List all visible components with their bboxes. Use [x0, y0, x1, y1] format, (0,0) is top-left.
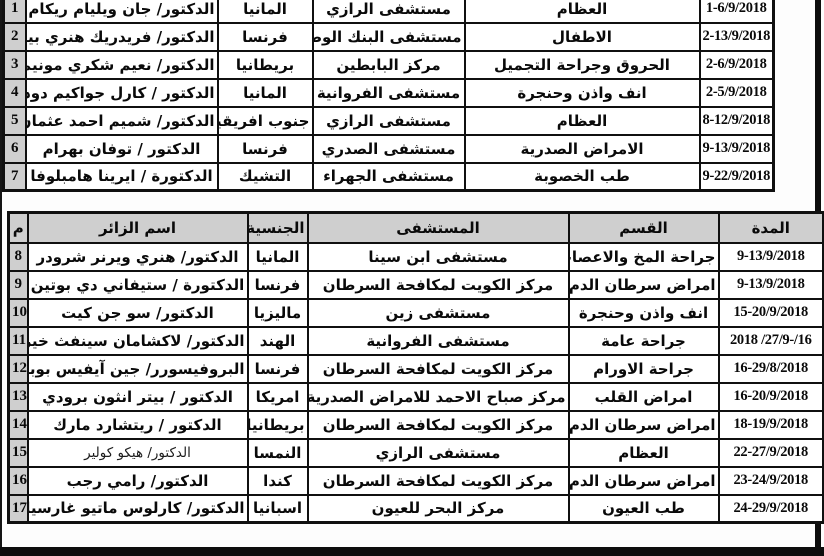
num-cell: 16	[9, 467, 28, 495]
nationality-cell: فرنسا	[248, 271, 308, 299]
period-cell: 9-13/9/2018	[719, 243, 824, 271]
period-cell: 8-12/9/2018	[700, 107, 774, 135]
header-nationality: الجنسية	[248, 213, 308, 243]
name-cell: البروفيسورر/ جين آيفيس بوبين	[28, 355, 248, 383]
lower-table-body: 8الدكتور/ هنري ويرنر شرودرالمانيامستشفى …	[9, 243, 824, 523]
department-cell: الامراض الصدرية	[465, 135, 700, 163]
nationality-cell: اسبانيا	[248, 495, 308, 523]
period-cell: 9-13/9/2018	[700, 135, 774, 163]
department-cell: طب العيون	[569, 495, 719, 523]
num-cell: 5	[4, 107, 26, 135]
nationality-cell: المانيا	[218, 79, 313, 107]
period-cell: 23-24/9/2018	[719, 467, 824, 495]
hospital-cell: مستشفى البنك الوطني	[313, 23, 465, 51]
table-row: 11الدكتور/ لاكشامان سينفث خيرياالهندمستش…	[9, 327, 824, 355]
scanned-document-page: { "colors": { "table_border": "#101010",…	[0, 0, 824, 556]
period-cell: 22-27/9/2018	[719, 439, 824, 467]
hospital-cell: مستشفى الجهراء	[313, 163, 465, 191]
table-row: 5الدكتور/ شميم احمد عثمانجنوب افريقيامست…	[4, 107, 774, 135]
department-cell: طب الخصوبة	[465, 163, 700, 191]
table-row: 14الدكتور / ريتشارد ماركبريطانيامركز الك…	[9, 411, 824, 439]
table-row: 6الدكتور / توفان بهرامفرنسامستشفى الصدري…	[4, 135, 774, 163]
table-row: 2الدكتور/ فريدريك هنري بيرناردفرنسامستشف…	[4, 23, 774, 51]
nationality-cell: ماليزيا	[248, 299, 308, 327]
name-cell: الدكتور / كارل جواكيم دودنهوفت	[26, 79, 218, 107]
nationality-cell: الهند	[248, 327, 308, 355]
period-cell: 2-6/9/2018	[700, 51, 774, 79]
department-cell: العظام	[465, 0, 700, 23]
nationality-cell: جنوب افريقيا	[218, 107, 313, 135]
table-row: 4الدكتور / كارل جواكيم دودنهوفتالمانيامس…	[4, 79, 774, 107]
header-row: م اسم الزائر الجنسية المستشفى القسم المد…	[9, 213, 824, 243]
name-cell: الدكتور/ كارلوس ماتيو غارسيا	[28, 495, 248, 523]
upper-table-container: 1الدكتور/ جان ويليام ريكامالمانيامستشفى …	[2, 0, 776, 198]
hospital-cell: مستشفى الرازي	[313, 107, 465, 135]
num-cell: 8	[9, 243, 28, 271]
header-hospital: المستشفى	[308, 213, 569, 243]
name-cell: الدكتور/ سو جن كيت	[28, 299, 248, 327]
num-cell: 14	[9, 411, 28, 439]
period-cell: 2-13/9/2018	[700, 23, 774, 51]
lower-table-container: م اسم الزائر الجنسية المستشفى القسم المد…	[7, 211, 824, 524]
nationality-cell: فرنسا	[218, 135, 313, 163]
department-cell: جراحة المخ والاعصاب	[569, 243, 719, 271]
nationality-cell: كندا	[248, 467, 308, 495]
name-cell: الدكتور/ لاكشامان سينفث خيريا	[28, 327, 248, 355]
nationality-cell: فرنسا	[248, 355, 308, 383]
department-cell: امراض سرطان الدم	[569, 467, 719, 495]
table-row: 1الدكتور/ جان ويليام ريكامالمانيامستشفى …	[4, 0, 774, 23]
num-cell: 15	[9, 439, 28, 467]
department-cell: جراحة عامة	[569, 327, 719, 355]
nationality-cell: المانيا	[218, 0, 313, 23]
hospital-cell: مستشفى زين	[308, 299, 569, 327]
period-cell: 18-19/9/2018	[719, 411, 824, 439]
table-row: 12البروفيسورر/ جين آيفيس بوبينفرنسامركز …	[9, 355, 824, 383]
name-cell: الدكتورة / ستيفاني دي بوتين	[28, 271, 248, 299]
hospital-cell: مركز صباح الاحمد للامراض الصدرية	[308, 383, 569, 411]
nationality-cell: امريكا	[248, 383, 308, 411]
num-cell: 4	[4, 79, 26, 107]
name-cell: الدكتور/ فريدريك هنري بيرنارد	[26, 23, 218, 51]
department-cell: امراض سرطان الدم	[569, 271, 719, 299]
name-cell: الدكتورة / ايرينا هامبلوفا	[26, 163, 218, 191]
name-cell: الدكتور / بيتر انثون برودي	[28, 383, 248, 411]
table-row: 8الدكتور/ هنري ويرنر شرودرالمانيامستشفى …	[9, 243, 824, 271]
num-cell: 17	[9, 495, 28, 523]
header-department: القسم	[569, 213, 719, 243]
hospital-cell: مستشفى الرازي	[313, 0, 465, 23]
name-cell: الدكتور/ هيكو كولير	[28, 439, 248, 467]
nationality-cell: بريطانيا	[218, 51, 313, 79]
period-cell: 24-29/9/2018	[719, 495, 824, 523]
header-number: م	[9, 213, 28, 243]
table-row: 17الدكتور/ كارلوس ماتيو غارسيااسبانيامرك…	[9, 495, 824, 523]
period-cell: 16-20/9/2018	[719, 383, 824, 411]
num-cell: 11	[9, 327, 28, 355]
hospital-cell: مستشفى الفروانية	[308, 327, 569, 355]
name-cell: الدكتور/ شميم احمد عثمان	[26, 107, 218, 135]
hospital-cell: مركز الكويت لمكافحة السرطان	[308, 271, 569, 299]
page-edge-bottom	[0, 547, 824, 556]
upper-table-body: 1الدكتور/ جان ويليام ريكامالمانيامستشفى …	[4, 0, 774, 191]
num-cell: 12	[9, 355, 28, 383]
hospital-cell: مستشفى الرازي	[308, 439, 569, 467]
name-cell: الدكتور/ جان ويليام ريكام	[26, 0, 218, 23]
table-row: 15الدكتور/ هيكو كوليرالنمسامستشفى الرازي…	[9, 439, 824, 467]
period-cell: 16-29/8/2018	[719, 355, 824, 383]
hospital-cell: مركز الكويت لمكافحة السرطان	[308, 467, 569, 495]
hospital-cell: مركز البابطين	[313, 51, 465, 79]
num-cell: 3	[4, 51, 26, 79]
period-cell: 15-20/9/2018	[719, 299, 824, 327]
department-cell: جراحة الاورام	[569, 355, 719, 383]
table-row: 7الدكتورة / ايرينا هامبلوفاالتشيكمستشفى …	[4, 163, 774, 191]
department-cell: انف واذن وحنجرة	[569, 299, 719, 327]
department-cell: الاطفال	[465, 23, 700, 51]
table-row: 10الدكتور/ سو جن كيتماليزيامستشفى زينانف…	[9, 299, 824, 327]
department-cell: امراض القلب	[569, 383, 719, 411]
department-cell: الحروق وجراحة التجميل	[465, 51, 700, 79]
header-period: المدة	[719, 213, 824, 243]
num-cell: 13	[9, 383, 28, 411]
name-cell: الدكتور/ هنري ويرنر شرودر	[28, 243, 248, 271]
num-cell: 2	[4, 23, 26, 51]
name-cell: الدكتور/ رامي رجب	[28, 467, 248, 495]
num-cell: 7	[4, 163, 26, 191]
nationality-cell: النمسا	[248, 439, 308, 467]
num-cell: 1	[4, 0, 26, 23]
hospital-cell: مستشفى الصدري	[313, 135, 465, 163]
hospital-cell: مستشفى ابن سينا	[308, 243, 569, 271]
department-cell: انف واذن وحنجرة	[465, 79, 700, 107]
hospital-cell: مركز الكويت لمكافحة السرطان	[308, 411, 569, 439]
name-cell: الدكتور / ريتشارد مارك	[28, 411, 248, 439]
nationality-cell: بريطانيا	[248, 411, 308, 439]
num-cell: 9	[9, 271, 28, 299]
num-cell: 10	[9, 299, 28, 327]
table-row: 13الدكتور / بيتر انثون بروديامريكامركز ص…	[9, 383, 824, 411]
lower-visitors-table: م اسم الزائر الجنسية المستشفى القسم المد…	[7, 211, 824, 524]
department-cell: العظام	[465, 107, 700, 135]
nationality-cell: التشيك	[218, 163, 313, 191]
num-cell: 6	[4, 135, 26, 163]
hospital-cell: مركز الكويت لمكافحة السرطان	[308, 355, 569, 383]
name-cell: الدكتور / توفان بهرام	[26, 135, 218, 163]
table-row: 9الدكتورة / ستيفاني دي بوتينفرنسامركز ال…	[9, 271, 824, 299]
nationality-cell: فرنسا	[218, 23, 313, 51]
table-row: 16الدكتور/ رامي رجبكندامركز الكويت لمكاف…	[9, 467, 824, 495]
table-row: 3الدكتور/ نعيم شكري مونيمبريطانيامركز ال…	[4, 51, 774, 79]
period-cell: 9-13/9/2018	[719, 271, 824, 299]
name-cell: الدكتور/ نعيم شكري مونيم	[26, 51, 218, 79]
period-cell: 1-6/9/2018	[700, 0, 774, 23]
upper-visitors-table: 1الدكتور/ جان ويليام ريكامالمانيامستشفى …	[2, 0, 775, 192]
header-visitor-name: اسم الزائر	[28, 213, 248, 243]
department-cell: العظام	[569, 439, 719, 467]
period-cell: 9-22/9/2018	[700, 163, 774, 191]
period-cell: 2018 /27/9-/16	[719, 327, 824, 355]
hospital-cell: مركز البحر للعيون	[308, 495, 569, 523]
nationality-cell: المانيا	[248, 243, 308, 271]
department-cell: امراض سرطان الدم	[569, 411, 719, 439]
hospital-cell: مستشفى الفروانية	[313, 79, 465, 107]
period-cell: 2-5/9/2018	[700, 79, 774, 107]
